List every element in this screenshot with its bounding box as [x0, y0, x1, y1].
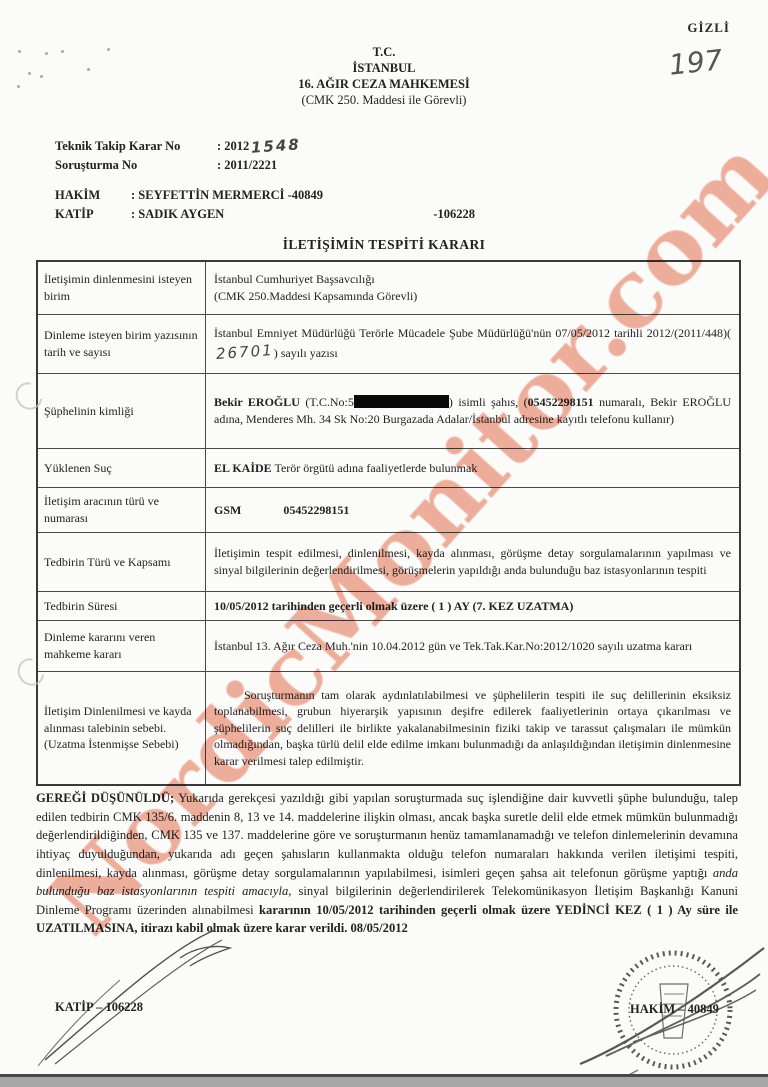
row-label: Tedbirin Türü ve Kapsamı: [38, 533, 206, 591]
teknik-takip-handwritten: 1548: [251, 135, 302, 157]
table-row: İletişim aracının türü ve numarası GSM05…: [38, 487, 739, 532]
value-text: (T.C.No:5: [300, 395, 354, 409]
row-label: Dinleme kararını veren mahkeme kararı: [38, 621, 206, 671]
katip-value: : SADIK AYGEN: [131, 205, 224, 224]
table-row: İletişim Dinlenilmesi ve kayda alınması …: [38, 671, 739, 784]
value-text: adına, Menderes Mh. 34 Sk No:20 Burgazad…: [214, 412, 674, 426]
court-subtitle: (CMK 250. Maddesi ile Görevli): [0, 92, 768, 108]
row-value: Soruşturmanın tam olarak aydınlatılabilm…: [206, 683, 739, 774]
table-row: Yüklenen Suç EL KAİDE Terör örgütü adına…: [38, 448, 739, 487]
row-label: Yüklenen Suç: [38, 449, 206, 487]
table-row: Dinleme isteyen birim yazısının tarih ve…: [38, 314, 739, 373]
city-name: İSTANBUL: [0, 60, 768, 76]
redaction-box: [354, 395, 449, 408]
row-label: Dinleme isteyen birim yazısının tarih ve…: [38, 315, 206, 373]
decision-lead: GEREĞİ DÜŞÜNÜLDÜ;: [36, 791, 174, 805]
row-label: İletişim aracının türü ve numarası: [38, 488, 206, 532]
handwritten-number: 26701: [215, 340, 274, 365]
phone-number: 05452298151: [528, 395, 594, 409]
table-row: Dinleme kararını veren mahkeme kararı İs…: [38, 620, 739, 671]
sorusturma-label: Soruşturma No: [55, 156, 217, 175]
row-label: İletişimin dinlenmesini isteyen birim: [38, 262, 206, 314]
decision-table: İletişimin dinlenmesini isteyen birim İs…: [36, 260, 741, 786]
value-text: ) sayılı yazısı: [274, 346, 338, 360]
row-value: Bekir EROĞLU (T.C.No:5) isimli şahıs, (0…: [206, 390, 739, 431]
teknik-takip-row: Teknik Takip Karar No : 2012 1548: [55, 137, 301, 156]
value-text: ) isimli şahıs, (: [449, 395, 528, 409]
comm-type: GSM: [214, 503, 241, 517]
scan-edge: [0, 1074, 768, 1087]
organization-name: EL KAİDE: [214, 461, 272, 475]
teknik-takip-label: Teknik Takip Karar No: [55, 137, 217, 156]
sorusturma-value: : 2011/2221: [217, 156, 277, 175]
republic-abbr: T.C.: [0, 44, 768, 60]
value-text: İstanbul Emniyet Müdürlüğü Terörle Mücad…: [214, 326, 731, 340]
table-row: Tedbirin Türü ve Kapsamı İletişimin tesp…: [38, 532, 739, 591]
row-value: EL KAİDE Terör örgütü adına faaliyetlerd…: [206, 456, 739, 481]
value-text: numaralı,: [594, 395, 651, 409]
teknik-takip-value: : 2012: [217, 137, 249, 156]
row-label: İletişim Dinlenilmesi ve kayda alınması …: [38, 672, 206, 784]
row-value: 10/05/2012 tarihinden geçerli olmak üzer…: [206, 594, 739, 619]
suspect-name: Bekir EROĞLU: [214, 395, 300, 409]
katip-number: -106228: [433, 205, 475, 224]
hakim-value: : SEYFETTİN MERMERCİ -40849: [131, 186, 323, 205]
row-label: Şüphelinin kimliği: [38, 374, 206, 448]
decision-paragraph: GEREĞİ DÜŞÜNÜLDÜ; Yukarıda gerekçesi yaz…: [36, 789, 738, 938]
hakim-row: HAKİM : SEYFETTİN MERMERCİ -40849: [55, 186, 475, 205]
katip-row: KATİP : SADIK AYGEN -106228: [55, 205, 475, 224]
suspect-name: Bekir EROĞLU: [650, 395, 731, 409]
row-value: GSM05452298151: [206, 498, 739, 523]
row-value: İletişimin tespit edilmesi, dinlenilmesi…: [206, 541, 739, 582]
table-row: İletişimin dinlenmesini isteyen birim İs…: [38, 262, 739, 314]
phone-number: 05452298151: [283, 503, 349, 517]
hakim-label: HAKİM: [55, 186, 131, 205]
classification-label: GİZLİ: [687, 20, 730, 36]
row-value: İstanbul Emniyet Müdürlüğü Terörle Mücad…: [206, 321, 739, 366]
row-label: Tedbirin Süresi: [38, 592, 206, 620]
hakim-signature-label: HAKİM – 40849: [630, 1002, 719, 1017]
value-text: Terör örgütü adına faaliyetlerde bulunma…: [272, 461, 478, 475]
row-value: İstanbul 13. Ağır Ceza Muh.'nin 10.04.20…: [206, 634, 739, 659]
table-row: Şüphelinin kimliği Bekir EROĞLU (T.C.No:…: [38, 373, 739, 448]
katip-signature: [30, 918, 270, 1068]
row-value: İstanbul Cumhuriyet Başsavcılığı (CMK 25…: [206, 267, 739, 308]
court-name: 16. AĞIR CEZA MAHKEMESİ: [0, 76, 768, 92]
court-header: T.C. İSTANBUL 16. AĞIR CEZA MAHKEMESİ (C…: [0, 44, 768, 108]
document-title: İLETİŞİMİN TESPİTİ KARARI: [0, 237, 768, 253]
katip-signature-label: KATİP – 106228: [55, 1000, 143, 1015]
case-meta: Teknik Takip Karar No : 2012 1548 Soruşt…: [55, 137, 301, 175]
katip-label: KATİP: [55, 205, 131, 224]
table-row: Tedbirin Süresi 10/05/2012 tarihinden ge…: [38, 591, 739, 620]
officials-block: HAKİM : SEYFETTİN MERMERCİ -40849 KATİP …: [55, 186, 475, 224]
sorusturma-row: Soruşturma No : 2011/2221: [55, 156, 301, 175]
